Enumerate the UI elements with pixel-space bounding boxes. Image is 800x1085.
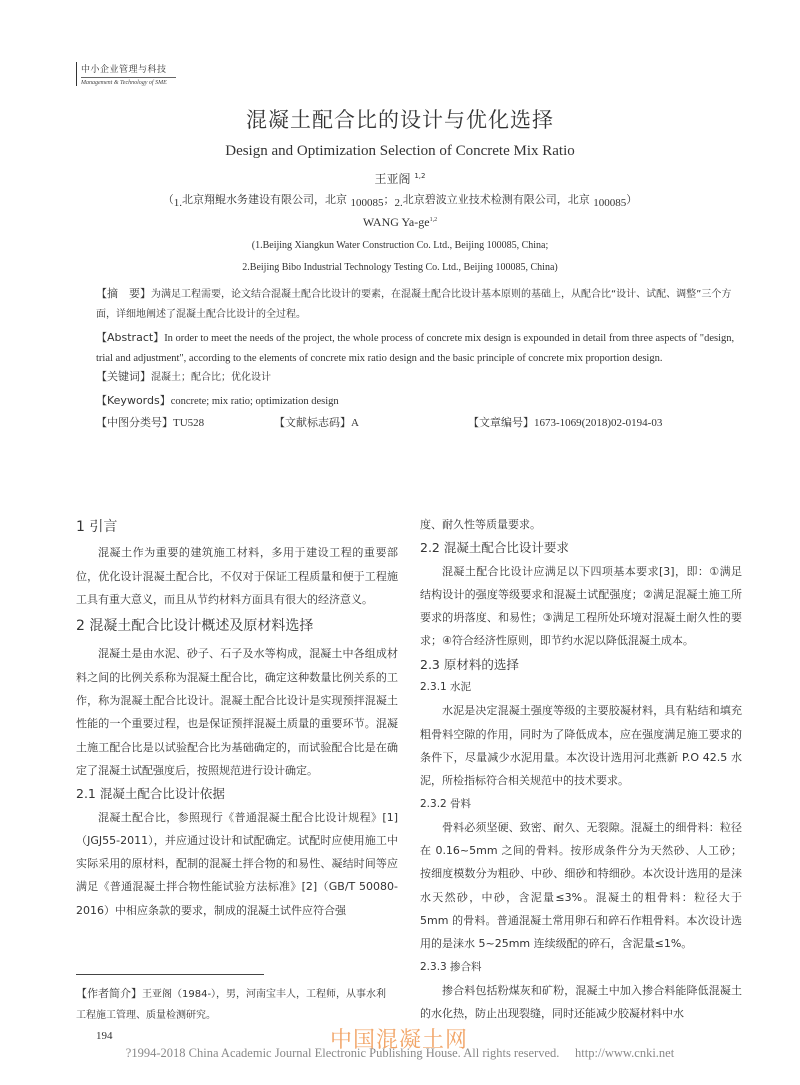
journal-header: 中小企业管理与科技 Management & Technology of SME [76, 62, 176, 86]
affil-org-2: 北京碧波立业技术检测有限公司，北京 [403, 193, 590, 206]
page-title-en: Design and Optimization Selection of Con… [0, 143, 800, 160]
article-number-label: 【文章编号】 [468, 416, 534, 429]
affil-zip-1: 100085 [351, 197, 384, 209]
footnote-label: 【作者简介】 [76, 987, 142, 1000]
affiliation-en-1: (1.Beijing Xiangkun Water Construction C… [0, 240, 800, 251]
affil-num-2: 2. [395, 197, 403, 209]
abstract-en-label: 【Abstract】 [96, 331, 164, 344]
author-name: 王亚阁 [375, 172, 411, 186]
affil-zip-2: 100085 [593, 197, 626, 209]
copyright-line: ?1994-2018 China Academic Journal Electr… [0, 1043, 800, 1061]
right-column: 度、耐久性等质量要求。 2.2 混凝土配合比设计要求 混凝土配合比设计应满足以下… [420, 513, 742, 1026]
left-column: 1 引言 混凝土作为重要的建筑施工材料，多用于建设工程的重要部位，优化设计混凝土… [76, 516, 398, 922]
section-1-paragraph: 混凝土作为重要的建筑施工材料，多用于建设工程的重要部位，优化设计混凝土配合比，不… [76, 541, 398, 611]
keywords-en: 【Keywords】concrete; mix ratio; optimizat… [96, 391, 736, 412]
section-2-paragraph: 混凝土是由水泥、砂子、石子及水等构成，混凝土中各组成材料之间的比例关系称为混凝土… [76, 642, 398, 782]
keywords-en-label: 【Keywords】 [96, 394, 171, 407]
section-2-3-2-paragraph: 骨料必须坚硬、致密、耐久、无裂隙。混凝土的细骨料：粒径在 0.16~5mm 之间… [420, 816, 742, 956]
abstract-cn-text: 为满足工程需要，论文结合混凝土配合比设计的要素，在混凝土配合比设计基本原则的基础… [96, 289, 731, 320]
classification: 【中图分类号】TU528 [96, 414, 204, 430]
author-en-name: WANG Ya-ge [363, 215, 430, 229]
section-2-2-paragraph: 混凝土配合比设计应满足以下四项基本要求[3]，即：①满足结构设计的强度等级要求和… [420, 560, 742, 653]
classification-value: TU528 [173, 417, 204, 429]
keywords-en-text: concrete; mix ratio; optimization design [171, 396, 339, 407]
section-2-3-2-heading: 2.3.2 骨料 [420, 793, 742, 816]
author-bio-footnote: 【作者简介】王亚阁（1984-），男，河南宝丰人，工程师，从事水利工程施工管理、… [76, 983, 396, 1026]
page-number: 194 [96, 1030, 113, 1042]
author-cn: 王亚阁 1,2 [0, 170, 800, 187]
keywords-cn-label: 【关键词】 [96, 370, 151, 383]
section-2-3-1-paragraph: 水泥是决定混凝土强度等级的主要胶凝材料，具有粘结和填充粗骨料空隙的作用，同时为了… [420, 699, 742, 792]
abstract-cn: 【摘 要】为满足工程需要，论文结合混凝土配合比设计的要素，在混凝土配合比设计基本… [96, 284, 736, 325]
section-2-3-3-paragraph: 掺合料包括粉煤灰和矿粉，混凝土中加入掺合料能降低混凝土的水化热，防止出现裂缝，同… [420, 979, 742, 1026]
abstract-cn-label: 【摘 要】 [96, 287, 151, 300]
section-2-1-paragraph: 混凝土配合比，参照现行《普通混凝土配合比设计规程》[1]（JGJ55-2011）… [76, 806, 398, 922]
paren-open: （ [163, 193, 174, 206]
abstract-en-text: In order to meet the needs of the projec… [96, 333, 734, 364]
section-1-heading: 1 引言 [76, 516, 398, 539]
keywords-cn: 【关键词】混凝土；配合比；优化设计 [96, 367, 736, 388]
journal-name-cn: 中小企业管理与科技 [81, 62, 176, 78]
section-2-2-heading: 2.2 混凝土配合比设计要求 [420, 536, 742, 559]
keywords-cn-text: 混凝土；配合比；优化设计 [151, 372, 271, 383]
section-2-heading: 2 混凝土配合比设计概述及原材料选择 [76, 615, 398, 638]
affil-sep: ； [384, 193, 395, 206]
section-2-3-heading: 2.3 原材料的选择 [420, 653, 742, 676]
affil-org-1: 北京翔鲲水务建设有限公司，北京 [182, 193, 347, 206]
abstract-en: 【Abstract】In order to meet the needs of … [96, 328, 736, 369]
author-sup: 1,2 [414, 172, 425, 180]
author-en: WANG Ya-ge1,2 [0, 215, 800, 230]
footnote-divider [76, 974, 264, 975]
article-number: 【文章编号】1673-1069(2018)02-0194-03 [468, 414, 662, 430]
section-2-3-1-heading: 2.3.1 水泥 [420, 676, 742, 699]
doc-code-value: A [351, 417, 359, 429]
page-title: 混凝土配合比的设计与优化选择 [0, 104, 800, 134]
doc-code: 【文献标志码】A [274, 414, 359, 430]
author-en-sup: 1,2 [430, 217, 438, 223]
continued-text: 度、耐久性等质量要求。 [420, 513, 742, 536]
affiliation-en-2: 2.Beijing Bibo Industrial Technology Tes… [0, 262, 800, 273]
affiliation-cn: （1.北京翔鲲水务建设有限公司，北京 100085；2.北京碧波立业技术检测有限… [0, 191, 800, 209]
article-number-value: 1673-1069(2018)02-0194-03 [534, 417, 662, 429]
doc-code-label: 【文献标志码】 [274, 416, 351, 429]
section-2-1-heading: 2.1 混凝土配合比设计依据 [76, 782, 398, 805]
journal-name-en: Management & Technology of SME [81, 80, 176, 86]
affil-num-1: 1. [174, 197, 182, 209]
paren-close: ） [626, 193, 637, 206]
section-2-3-3-heading: 2.3.3 掺合料 [420, 956, 742, 979]
classification-label: 【中图分类号】 [96, 416, 173, 429]
